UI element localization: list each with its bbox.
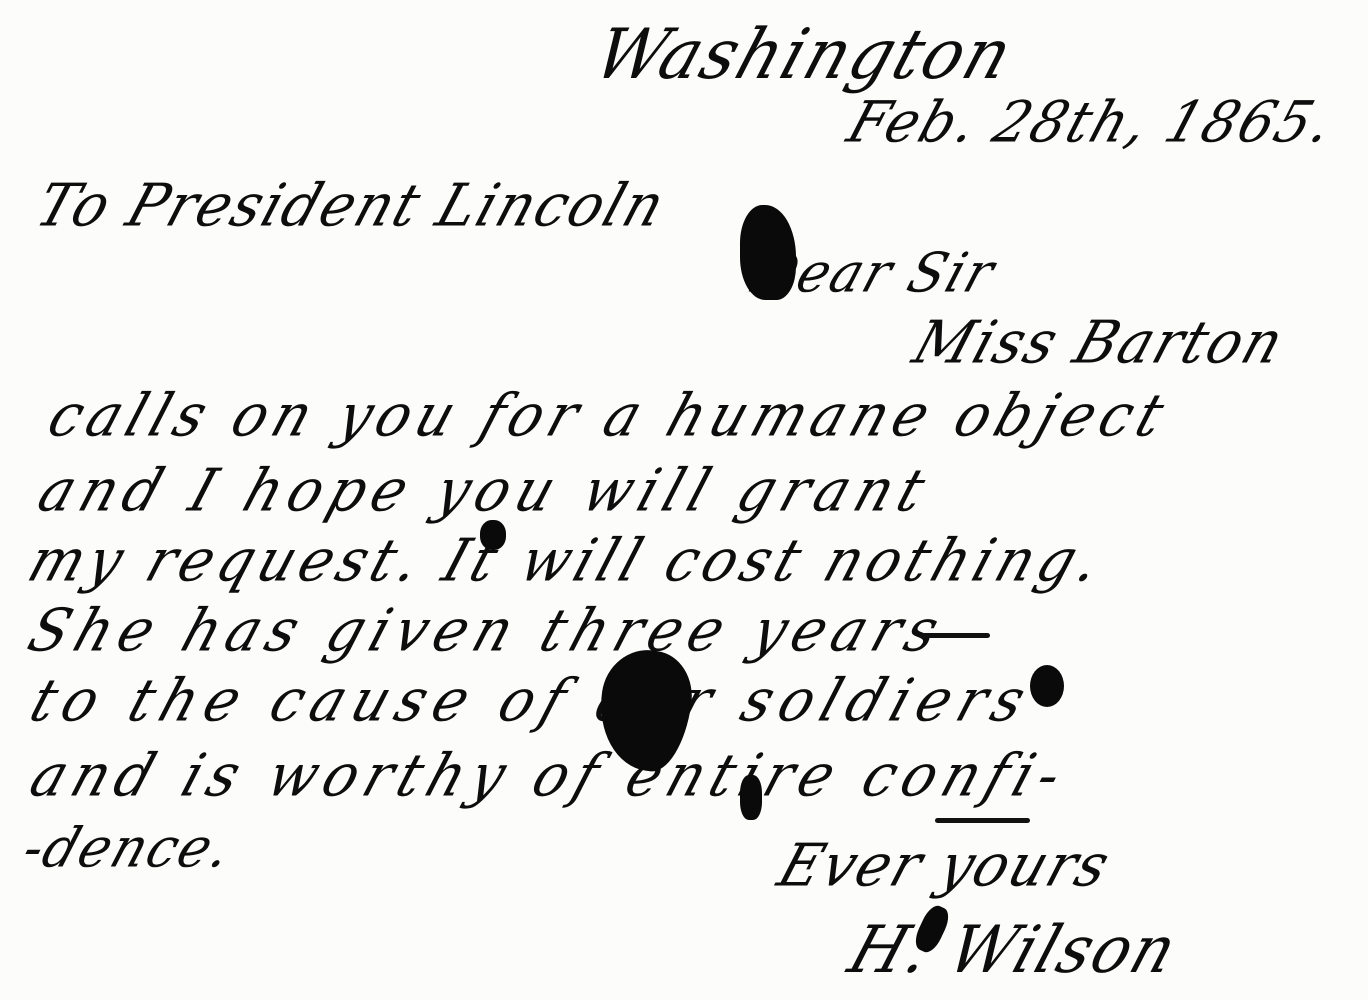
- letter-body-line-3: and I hope you will grant: [30, 457, 940, 525]
- ink-blot: [1030, 665, 1064, 707]
- letter-body-line-6: to the cause of our soldiers: [22, 667, 1042, 735]
- letter-body-line-2: calls on you for a humane object: [40, 382, 1178, 450]
- letter-signature: H. Wilson: [840, 911, 1188, 988]
- letter-body-line-4: my request. It will cost nothing.: [20, 527, 1114, 595]
- letter-body-line-5: She has given three years: [20, 597, 954, 665]
- letter-body-line-8: -dence.: [15, 817, 241, 880]
- underline-mark: [935, 818, 1030, 823]
- letter-body-line-7: and is worthy of entire confi-: [22, 742, 1076, 810]
- letter-body-line-1: Miss Barton: [905, 309, 1293, 377]
- letter-closing: Ever yours: [770, 832, 1119, 900]
- letter-page: Washington Feb. 28th, 1865. To President…: [0, 0, 1368, 1000]
- letter-date: Feb. 28th, 1865.: [840, 89, 1343, 155]
- letter-addressee: To President Lincoln: [28, 172, 675, 240]
- ink-blot: [740, 775, 762, 820]
- letter-place: Washington: [585, 14, 1024, 95]
- ink-blot: [740, 205, 796, 300]
- underline-mark: [920, 633, 990, 638]
- ink-blot: [480, 520, 506, 550]
